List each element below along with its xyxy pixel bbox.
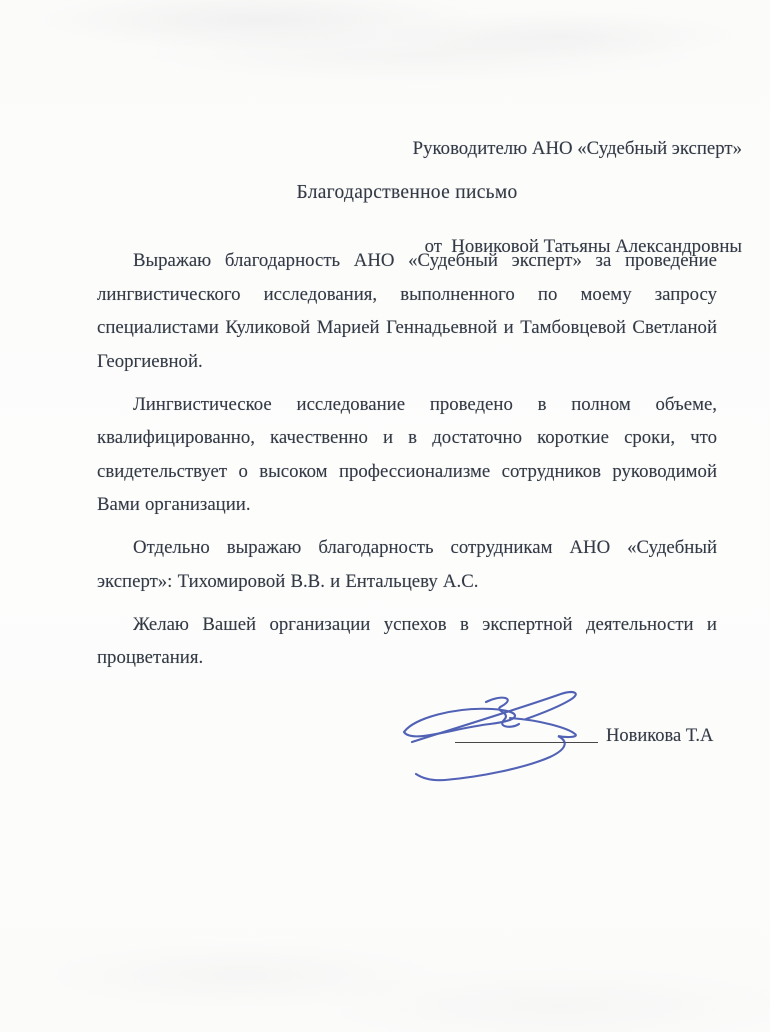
paragraph-2: Лингвистическое исследование проведено в… bbox=[97, 388, 717, 522]
paragraph-line: свидетельствует о высоком профессионализ… bbox=[97, 455, 717, 489]
paragraph-3: Отдельно выражаю благодарность сотрудник… bbox=[97, 531, 717, 598]
paragraph-line: эксперт»: Тихомировой В.В. и Ентальцеву … bbox=[97, 565, 717, 599]
paragraph-line: квалифицированно, качественно и в достат… bbox=[97, 421, 717, 455]
paragraph-line: Лингвистическое исследование проведено в… bbox=[97, 388, 717, 422]
paragraph-line: Вами организации. bbox=[97, 488, 717, 522]
signature-ink-icon bbox=[400, 682, 615, 787]
paragraph-line: Желаю Вашей организации успехов в экспер… bbox=[97, 608, 717, 642]
letter-body: Выражаю благодарность АНО «Судебный эксп… bbox=[97, 244, 717, 684]
paragraph-line: специалистами Куликовой Марией Геннадьев… bbox=[97, 311, 717, 345]
paragraph-line: Георгиевной. bbox=[97, 345, 717, 379]
paragraph-line: процветания. bbox=[97, 641, 717, 675]
paragraph-line: Отдельно выражаю благодарность сотрудник… bbox=[97, 531, 717, 565]
paragraph-4: Желаю Вашей организации успехов в экспер… bbox=[97, 608, 717, 675]
paragraph-line: лингвистического исследования, выполненн… bbox=[97, 278, 717, 312]
letter-title: Благодарственное письмо bbox=[97, 182, 717, 204]
document-page: Руководителю АНО «Судебный эксперт» от Н… bbox=[0, 0, 770, 1032]
recipient-line: Руководителю АНО «Судебный эксперт» bbox=[413, 133, 742, 166]
signatory-name: Новикова Т.А bbox=[606, 726, 713, 747]
paragraph-1: Выражаю благодарность АНО «Судебный эксп… bbox=[97, 244, 717, 378]
paragraph-line: Выражаю благодарность АНО «Судебный эксп… bbox=[97, 244, 717, 278]
